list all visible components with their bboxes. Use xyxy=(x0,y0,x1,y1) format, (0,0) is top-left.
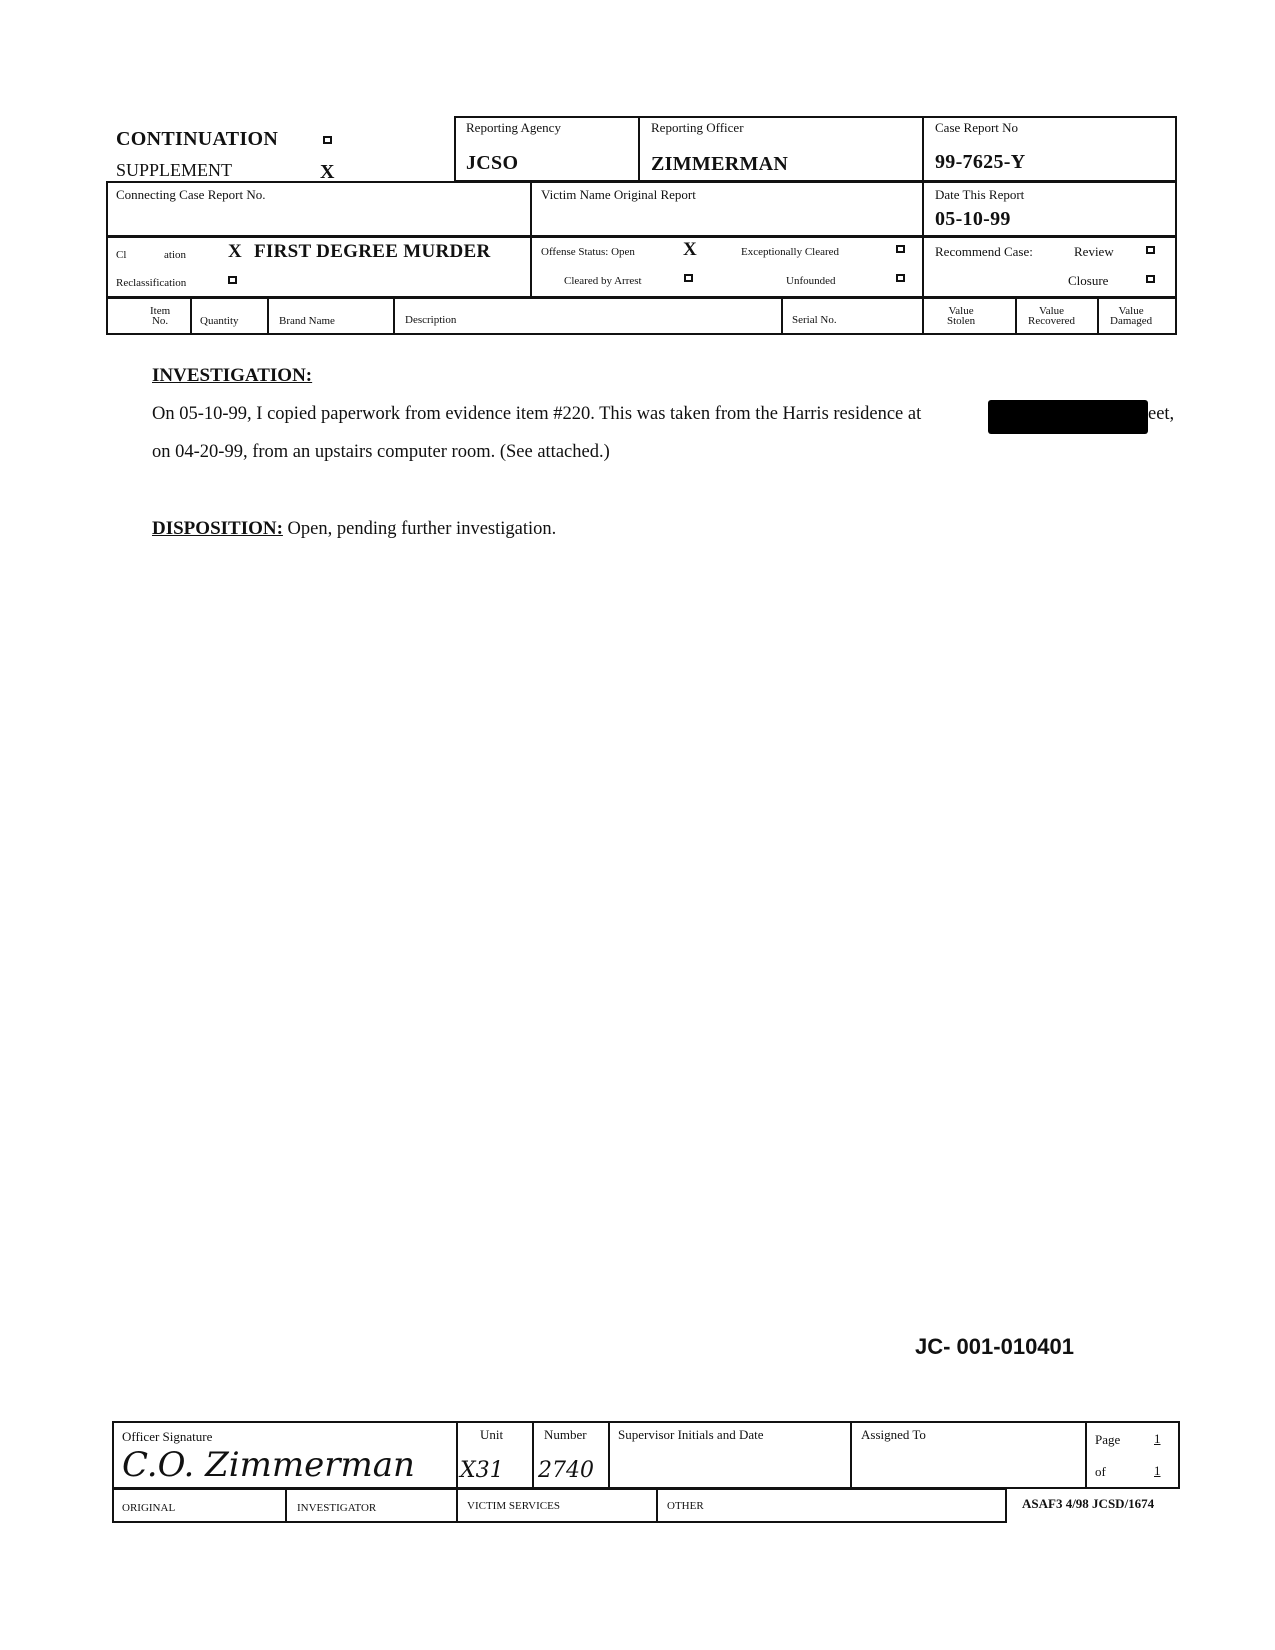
investigation-line-1: On 05-10-99, I copied paperwork from evi… xyxy=(152,403,921,425)
unfounded-label: Unfounded xyxy=(786,275,836,287)
review-label: Review xyxy=(1074,245,1114,259)
disposition-heading: DISPOSITION: xyxy=(152,518,283,539)
victim-name-label: Victim Name Original Report xyxy=(541,188,696,202)
col-value-recovered: Value Recovered xyxy=(1028,306,1075,326)
classification-label-right: ation xyxy=(164,249,186,261)
continuation-checkbox[interactable] xyxy=(323,136,332,144)
date-this-report-value: 05-10-99 xyxy=(935,208,1011,231)
divider xyxy=(267,297,269,335)
col-value-recovered-line2: Recovered xyxy=(1028,316,1075,326)
connecting-case-label: Connecting Case Report No. xyxy=(116,188,265,202)
cleared-by-arrest-label: Cleared by Arrest xyxy=(564,275,642,287)
assigned-to-label: Assigned To xyxy=(861,1428,926,1442)
page-number: 1 xyxy=(1154,1432,1161,1446)
divider xyxy=(656,1488,658,1523)
exceptionally-cleared-label: Exceptionally Cleared xyxy=(741,246,839,258)
classification-value: FIRST DEGREE MURDER xyxy=(254,241,491,263)
reclassification-checkbox[interactable] xyxy=(228,276,237,284)
divider xyxy=(1015,297,1017,335)
reporting-agency-label: Reporting Agency xyxy=(466,121,561,135)
divider xyxy=(922,181,924,237)
form-code: ASAF3 4/98 JCSD/1674 xyxy=(1022,1497,1154,1511)
disposition-text: Open, pending further investigation. xyxy=(283,519,556,539)
closure-label: Closure xyxy=(1068,274,1108,288)
col-description: Description xyxy=(405,314,456,326)
continuation-label: CONTINUATION xyxy=(116,128,278,151)
officer-signature-label: Officer Signature xyxy=(122,1430,212,1444)
divider xyxy=(922,297,924,335)
divider xyxy=(530,181,532,237)
col-serial-no: Serial No. xyxy=(792,314,837,326)
case-report-no-label: Case Report No xyxy=(935,121,1018,135)
unit-value: X31 xyxy=(460,1458,504,1483)
divider xyxy=(1085,1421,1087,1489)
supplement-mark: X xyxy=(320,162,334,182)
reporting-officer-label: Reporting Officer xyxy=(651,121,744,135)
divider xyxy=(190,297,192,335)
divider xyxy=(638,116,640,182)
copy-original: ORIGINAL xyxy=(122,1502,175,1514)
offense-status-label: Offense Status: Open xyxy=(541,246,635,258)
classification-label-left: Cl xyxy=(116,249,126,261)
reporting-officer-value: ZIMMERMAN xyxy=(651,153,788,176)
divider xyxy=(532,1421,534,1489)
investigation-line-2: on 04-20-99, from an upstairs computer r… xyxy=(152,441,610,463)
col-brand-name: Brand Name xyxy=(279,315,335,327)
row1-box xyxy=(454,116,1177,182)
copy-investigator: INVESTIGATOR xyxy=(297,1502,376,1514)
officer-signature: C.O. Zimmerman xyxy=(122,1445,415,1485)
recommend-case-label: Recommend Case: xyxy=(935,245,1033,259)
offense-status-open-mark: X xyxy=(683,240,697,260)
reporting-agency-value: JCSO xyxy=(466,152,518,175)
reclassification-label: Reclassification xyxy=(116,277,186,289)
redaction-block xyxy=(988,400,1148,434)
divider xyxy=(850,1421,852,1489)
investigation-line-1-text: On 05-10-99, I copied paperwork from evi… xyxy=(152,404,921,424)
case-report-no-value: 99-7625-Y xyxy=(935,151,1025,174)
unfounded-checkbox[interactable] xyxy=(896,274,905,282)
classification-mark: X xyxy=(228,241,242,263)
divider xyxy=(608,1421,610,1489)
divider xyxy=(922,236,924,298)
col-item-no-line2: No. xyxy=(150,316,170,326)
col-value-stolen: Value Stolen xyxy=(947,306,975,326)
date-this-report-label: Date This Report xyxy=(935,188,1024,202)
divider xyxy=(781,297,783,335)
document-id: JC- 001-010401 xyxy=(915,1334,1074,1360)
col-value-stolen-line2: Stolen xyxy=(947,316,975,326)
number-label: Number xyxy=(544,1428,587,1442)
exceptionally-cleared-checkbox[interactable] xyxy=(896,245,905,253)
of-label: of xyxy=(1095,1465,1106,1479)
closure-checkbox[interactable] xyxy=(1146,275,1155,283)
disposition-line: DISPOSITION: Open, pending further inves… xyxy=(152,518,556,540)
investigation-line-1-end: eet, xyxy=(1148,403,1174,425)
col-value-damaged: Value Damaged xyxy=(1110,306,1152,326)
review-checkbox[interactable] xyxy=(1146,246,1155,254)
investigation-heading: INVESTIGATION: xyxy=(152,365,312,387)
page-label: Page xyxy=(1095,1433,1120,1447)
number-value: 2740 xyxy=(538,1458,594,1483)
supplement-label: SUPPLEMENT xyxy=(116,160,232,181)
col-item-no: Item No. xyxy=(150,306,170,326)
copy-victim-services: VICTIM SERVICES xyxy=(467,1500,560,1512)
page-total: 1 xyxy=(1154,1464,1161,1478)
divider xyxy=(530,236,532,298)
divider xyxy=(1097,297,1099,335)
divider xyxy=(285,1488,287,1523)
cleared-by-arrest-checkbox[interactable] xyxy=(684,274,693,282)
copy-other: OTHER xyxy=(667,1500,704,1512)
supervisor-label: Supervisor Initials and Date xyxy=(618,1428,764,1442)
unit-label: Unit xyxy=(480,1428,503,1442)
divider xyxy=(393,297,395,335)
divider xyxy=(922,116,924,182)
col-quantity: Quantity xyxy=(200,315,239,327)
col-value-damaged-line2: Damaged xyxy=(1110,316,1152,326)
